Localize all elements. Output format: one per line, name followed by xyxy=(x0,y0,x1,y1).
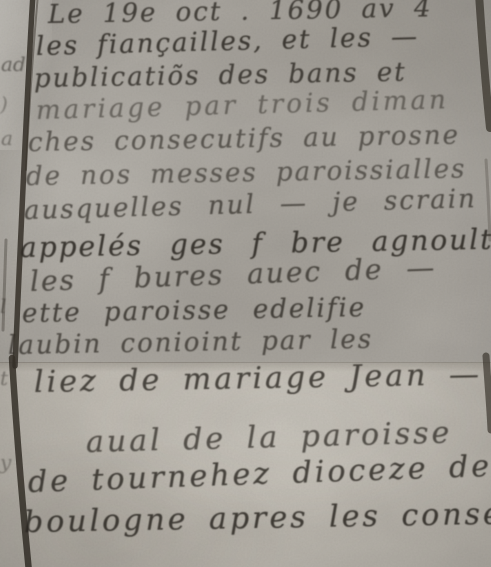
manuscript-photo: Le 19e oct . 1690 av 4 les fiançailles, … xyxy=(0,0,491,567)
photo-vignette xyxy=(0,0,491,567)
